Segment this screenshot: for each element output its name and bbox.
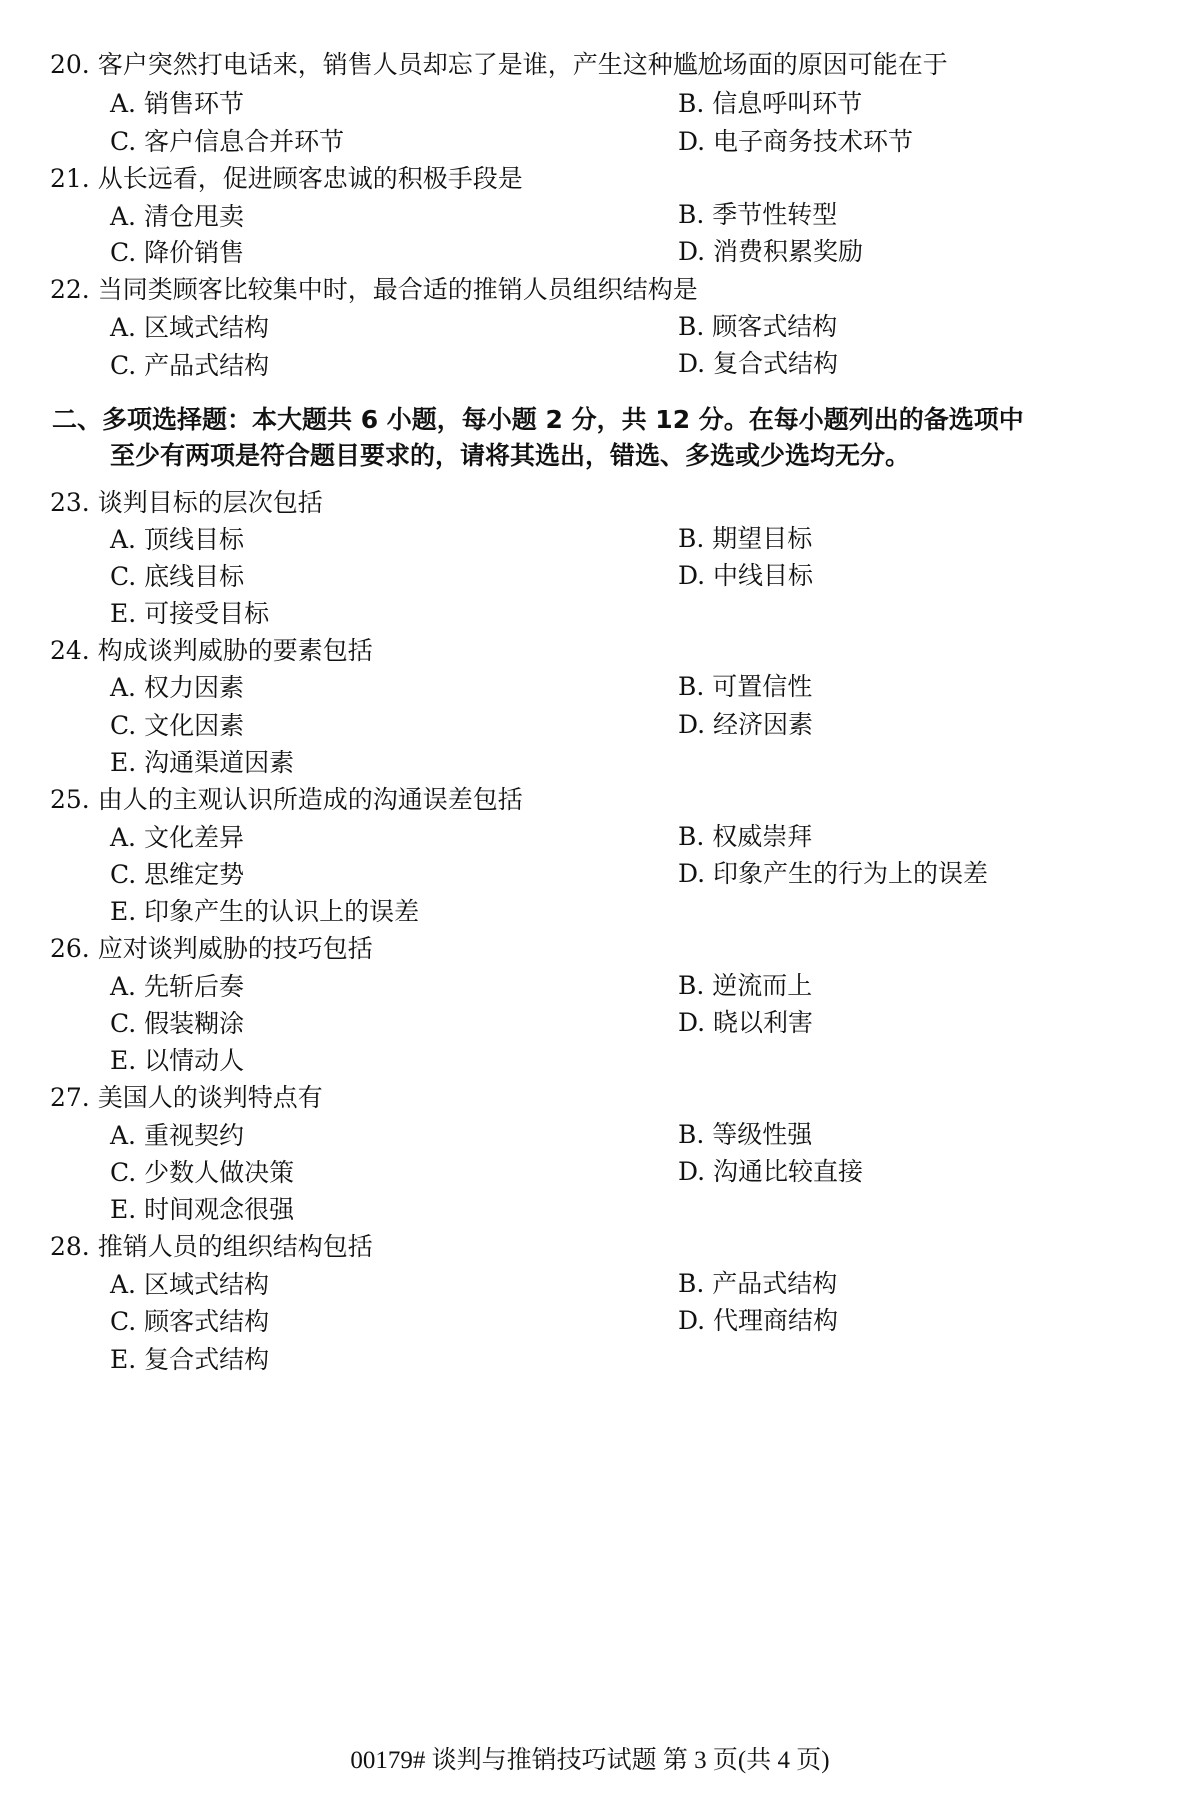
question-21-option-a: A. 清仓甩卖 (110, 202, 244, 232)
question-24-option-d: D. 经济因素 (678, 710, 813, 740)
question-28-stem: 28. 推销人员的组织结构包括 (50, 1232, 373, 1262)
question-21-stem: 21. 从长远看，促进顾客忠诚的积极手段是 (50, 164, 523, 194)
question-24-option-c: C. 文化因素 (110, 711, 244, 741)
question-27-option-d: D. 沟通比较直接 (678, 1157, 863, 1187)
question-20-option-c: C. 客户信息合并环节 (110, 127, 344, 157)
question-22-option-a: A. 区域式结构 (110, 313, 269, 343)
question-21-option-b: B. 季节性转型 (678, 200, 837, 230)
question-26-option-c: C. 假装糊涂 (110, 1009, 244, 1039)
question-28-option-d: D. 代理商结构 (678, 1306, 838, 1336)
question-25-option-e: E. 印象产生的认识上的误差 (110, 897, 419, 927)
question-27-option-e: E. 时间观念很强 (110, 1195, 294, 1225)
question-23-option-a: A. 顶线目标 (110, 525, 244, 555)
question-28-option-c: C. 顾客式结构 (110, 1307, 269, 1337)
question-22-option-b: B. 顾客式结构 (678, 312, 837, 342)
question-23-option-b: B. 期望目标 (678, 524, 812, 554)
question-25-option-b: B. 权威崇拜 (678, 822, 812, 852)
question-20-option-a: A. 销售环节 (110, 89, 244, 119)
question-21-option-c: C. 降价销售 (110, 238, 244, 268)
question-28-option-e: E. 复合式结构 (110, 1345, 269, 1375)
question-24-option-b: B. 可置信性 (678, 672, 812, 702)
question-28-option-a: A. 区域式结构 (110, 1270, 269, 1300)
question-21-option-d: D. 消费积累奖励 (678, 237, 863, 267)
question-25-stem: 25. 由人的主观认识所造成的沟通误差包括 (50, 785, 523, 815)
question-27-option-a: A. 重视契约 (110, 1121, 244, 1151)
question-25-option-c: C. 思维定势 (110, 860, 244, 890)
question-22-option-d: D. 复合式结构 (678, 349, 838, 379)
question-25-option-d: D. 印象产生的行为上的误差 (678, 859, 988, 889)
question-24-stem: 24. 构成谈判威胁的要素包括 (50, 636, 373, 666)
question-28-option-b: B. 产品式结构 (678, 1269, 837, 1299)
question-23-option-c: C. 底线目标 (110, 562, 244, 592)
question-24-option-e: E. 沟通渠道因素 (110, 748, 294, 778)
section-header-multiple-choice: 二、多项选择题：本大题共 6 小题，每小题 2 分，共 12 分。在每小题列出的… (52, 402, 1024, 474)
question-25-option-a: A. 文化差异 (110, 823, 244, 853)
question-26-stem: 26. 应对谈判威胁的技巧包括 (50, 934, 373, 964)
question-26-option-d: D. 晓以利害 (678, 1008, 813, 1038)
question-26-option-e: E. 以情动人 (110, 1046, 244, 1076)
section-instructions-line2: 至少有两项是符合题目要求的，请将其选出，错选、多选或少选均无分。 (52, 438, 1024, 474)
question-26-option-a: A. 先斩后奏 (110, 972, 244, 1002)
question-20-option-b: B. 信息呼叫环节 (678, 89, 862, 119)
question-23-option-e: E. 可接受目标 (110, 599, 269, 629)
question-27-stem: 27. 美国人的谈判特点有 (50, 1083, 323, 1113)
question-23-stem: 23. 谈判目标的层次包括 (50, 488, 323, 518)
question-23-option-d: D. 中线目标 (678, 561, 813, 591)
question-20-option-d: D. 电子商务技术环节 (678, 127, 913, 157)
page-footer: 00179# 谈判与推销技巧试题 第 3 页(共 4 页) (0, 1740, 1180, 1776)
question-24-option-a: A. 权力因素 (110, 673, 244, 703)
question-26-option-b: B. 逆流而上 (678, 971, 812, 1001)
question-22-option-c: C. 产品式结构 (110, 351, 269, 381)
question-22-stem: 22. 当同类顾客比较集中时，最合适的推销人员组织结构是 (50, 275, 698, 305)
question-27-option-c: C. 少数人做决策 (110, 1158, 294, 1188)
question-20-stem: 20. 客户突然打电话来，销售人员却忘了是谁，产生这种尴尬场面的原因可能在于 (50, 50, 948, 80)
section-instructions-line1: 二、多项选择题：本大题共 6 小题，每小题 2 分，共 12 分。在每小题列出的… (52, 405, 1024, 434)
question-27-option-b: B. 等级性强 (678, 1120, 812, 1150)
